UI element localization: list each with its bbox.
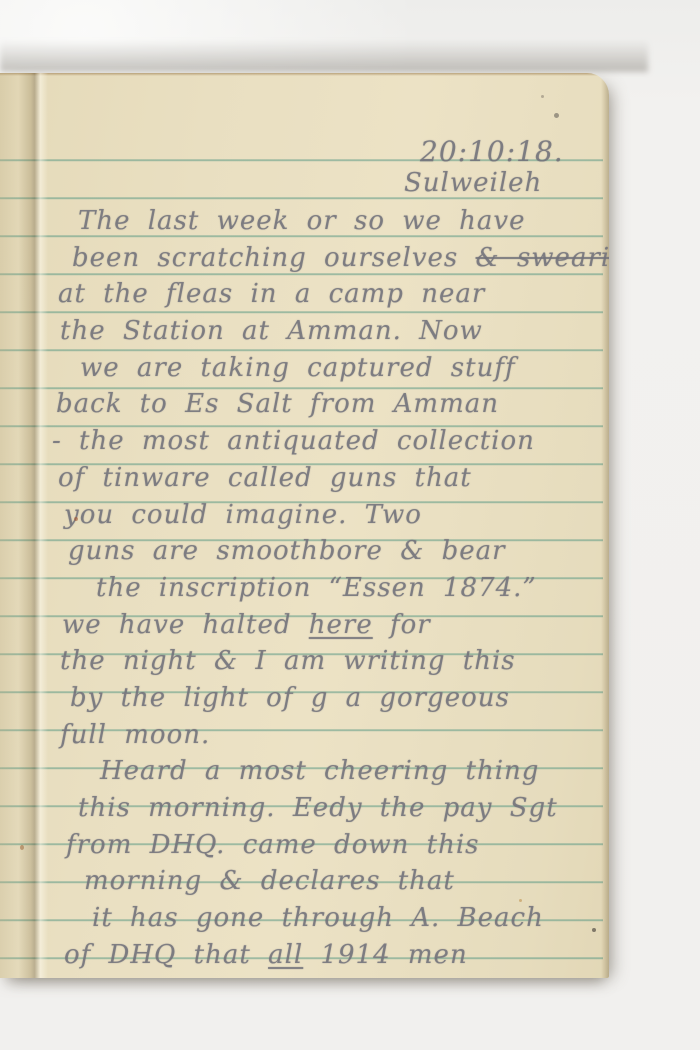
diary-line: full moon. xyxy=(44,717,604,754)
underlined-text: here xyxy=(309,610,373,640)
diary-text-segment: we have halted xyxy=(62,610,309,640)
diary-line: you could imagine. Two xyxy=(44,497,604,534)
paper-speck xyxy=(519,899,522,902)
diary-text-segment: 1914 men xyxy=(303,940,467,970)
diary-text-segment: - the most antiquated collection xyxy=(52,426,535,456)
diary-text-segment: this morning. Eedy the pay Sgt xyxy=(78,793,558,823)
diary-text-segment: guns are smoothbore & bear xyxy=(68,536,506,566)
diary-line: from DHQ. came down this xyxy=(44,827,604,864)
diary-text-segment: the inscription “Essen 1874.” xyxy=(96,573,537,603)
diary-line: guns are smoothbore & bear xyxy=(44,533,604,570)
diary-line: Heard a most cheering thing xyxy=(44,753,604,790)
entry-date: 20:10:18. xyxy=(420,135,564,168)
diary-line: of DHQ that all 1914 men xyxy=(44,937,604,974)
paper-speck xyxy=(554,113,559,118)
diary-text-segment: morning & declares that xyxy=(84,866,455,896)
paper-speck xyxy=(541,95,544,98)
diary-line: we have halted here for xyxy=(44,607,604,644)
diary-line: the Station at Amman. Now xyxy=(44,313,604,350)
diary-text-segment: back to Es Salt from Amman xyxy=(56,389,499,419)
diary-line: this morning. Eedy the pay Sgt xyxy=(44,790,604,827)
gutter-crease xyxy=(0,73,48,978)
diary-text-segment: we are taking captured stuff xyxy=(80,353,516,383)
diary-line: of tinware called guns that xyxy=(44,460,604,497)
diary-text-segment: the Station at Amman. Now xyxy=(60,316,483,346)
diary-text-segment: the night & I am writing this xyxy=(60,646,516,676)
entry-location: Sulweileh xyxy=(404,168,542,198)
diary-text-segment: it has gone through A. Beach xyxy=(92,903,544,933)
diary-line: we are taking captured stuff xyxy=(44,350,604,387)
diary-text-segment: of tinware called guns that xyxy=(58,463,472,493)
diary-text-segment: full moon. xyxy=(60,720,210,750)
diary-text-segment: The last week or so we have xyxy=(78,206,526,236)
diary-text-segment: from DHQ. came down this xyxy=(66,830,479,860)
paper-speck xyxy=(20,845,24,850)
struck-text: & swearing xyxy=(476,243,609,273)
paper-speck xyxy=(74,517,78,521)
diary-line: back to Es Salt from Amman xyxy=(44,386,604,423)
diary-text-segment: of DHQ that xyxy=(64,940,268,970)
paper-speck xyxy=(592,928,596,932)
diary-text-segment: Heard a most cheering thing xyxy=(100,756,539,786)
underlined-text: all xyxy=(268,940,303,970)
page-cast-shadow xyxy=(0,40,648,72)
diary-line: the inscription “Essen 1874.” xyxy=(44,570,604,607)
diary-line: at the fleas in a camp near xyxy=(44,276,604,313)
diary-line: been scratching ourselves & swearing xyxy=(44,240,604,277)
diary-line: it has gone through A. Beach xyxy=(44,900,604,937)
diary-text-segment: been scratching ourselves xyxy=(72,243,476,273)
diary-text-segment: at the fleas in a camp near xyxy=(58,279,485,309)
diary-line: by the light of g a gorgeous xyxy=(44,680,604,717)
diary-text-segment: by the light of g a gorgeous xyxy=(70,683,510,713)
diary-line: the night & I am writing this xyxy=(44,643,604,680)
diary-line: The last week or so we have xyxy=(44,203,604,240)
diary-text: The last week or so we havebeen scratchi… xyxy=(44,203,604,973)
diary-line: - the most antiquated collection xyxy=(44,423,604,460)
diary-text-segment: for xyxy=(373,610,431,640)
diary-line: morning & declares that xyxy=(44,863,604,900)
notebook-page: 20:10:18. Sulweileh The last week or so … xyxy=(0,73,609,978)
scan-backdrop: 20:10:18. Sulweileh The last week or so … xyxy=(0,0,700,1050)
diary-text-segment: you could imagine. Two xyxy=(64,500,422,530)
